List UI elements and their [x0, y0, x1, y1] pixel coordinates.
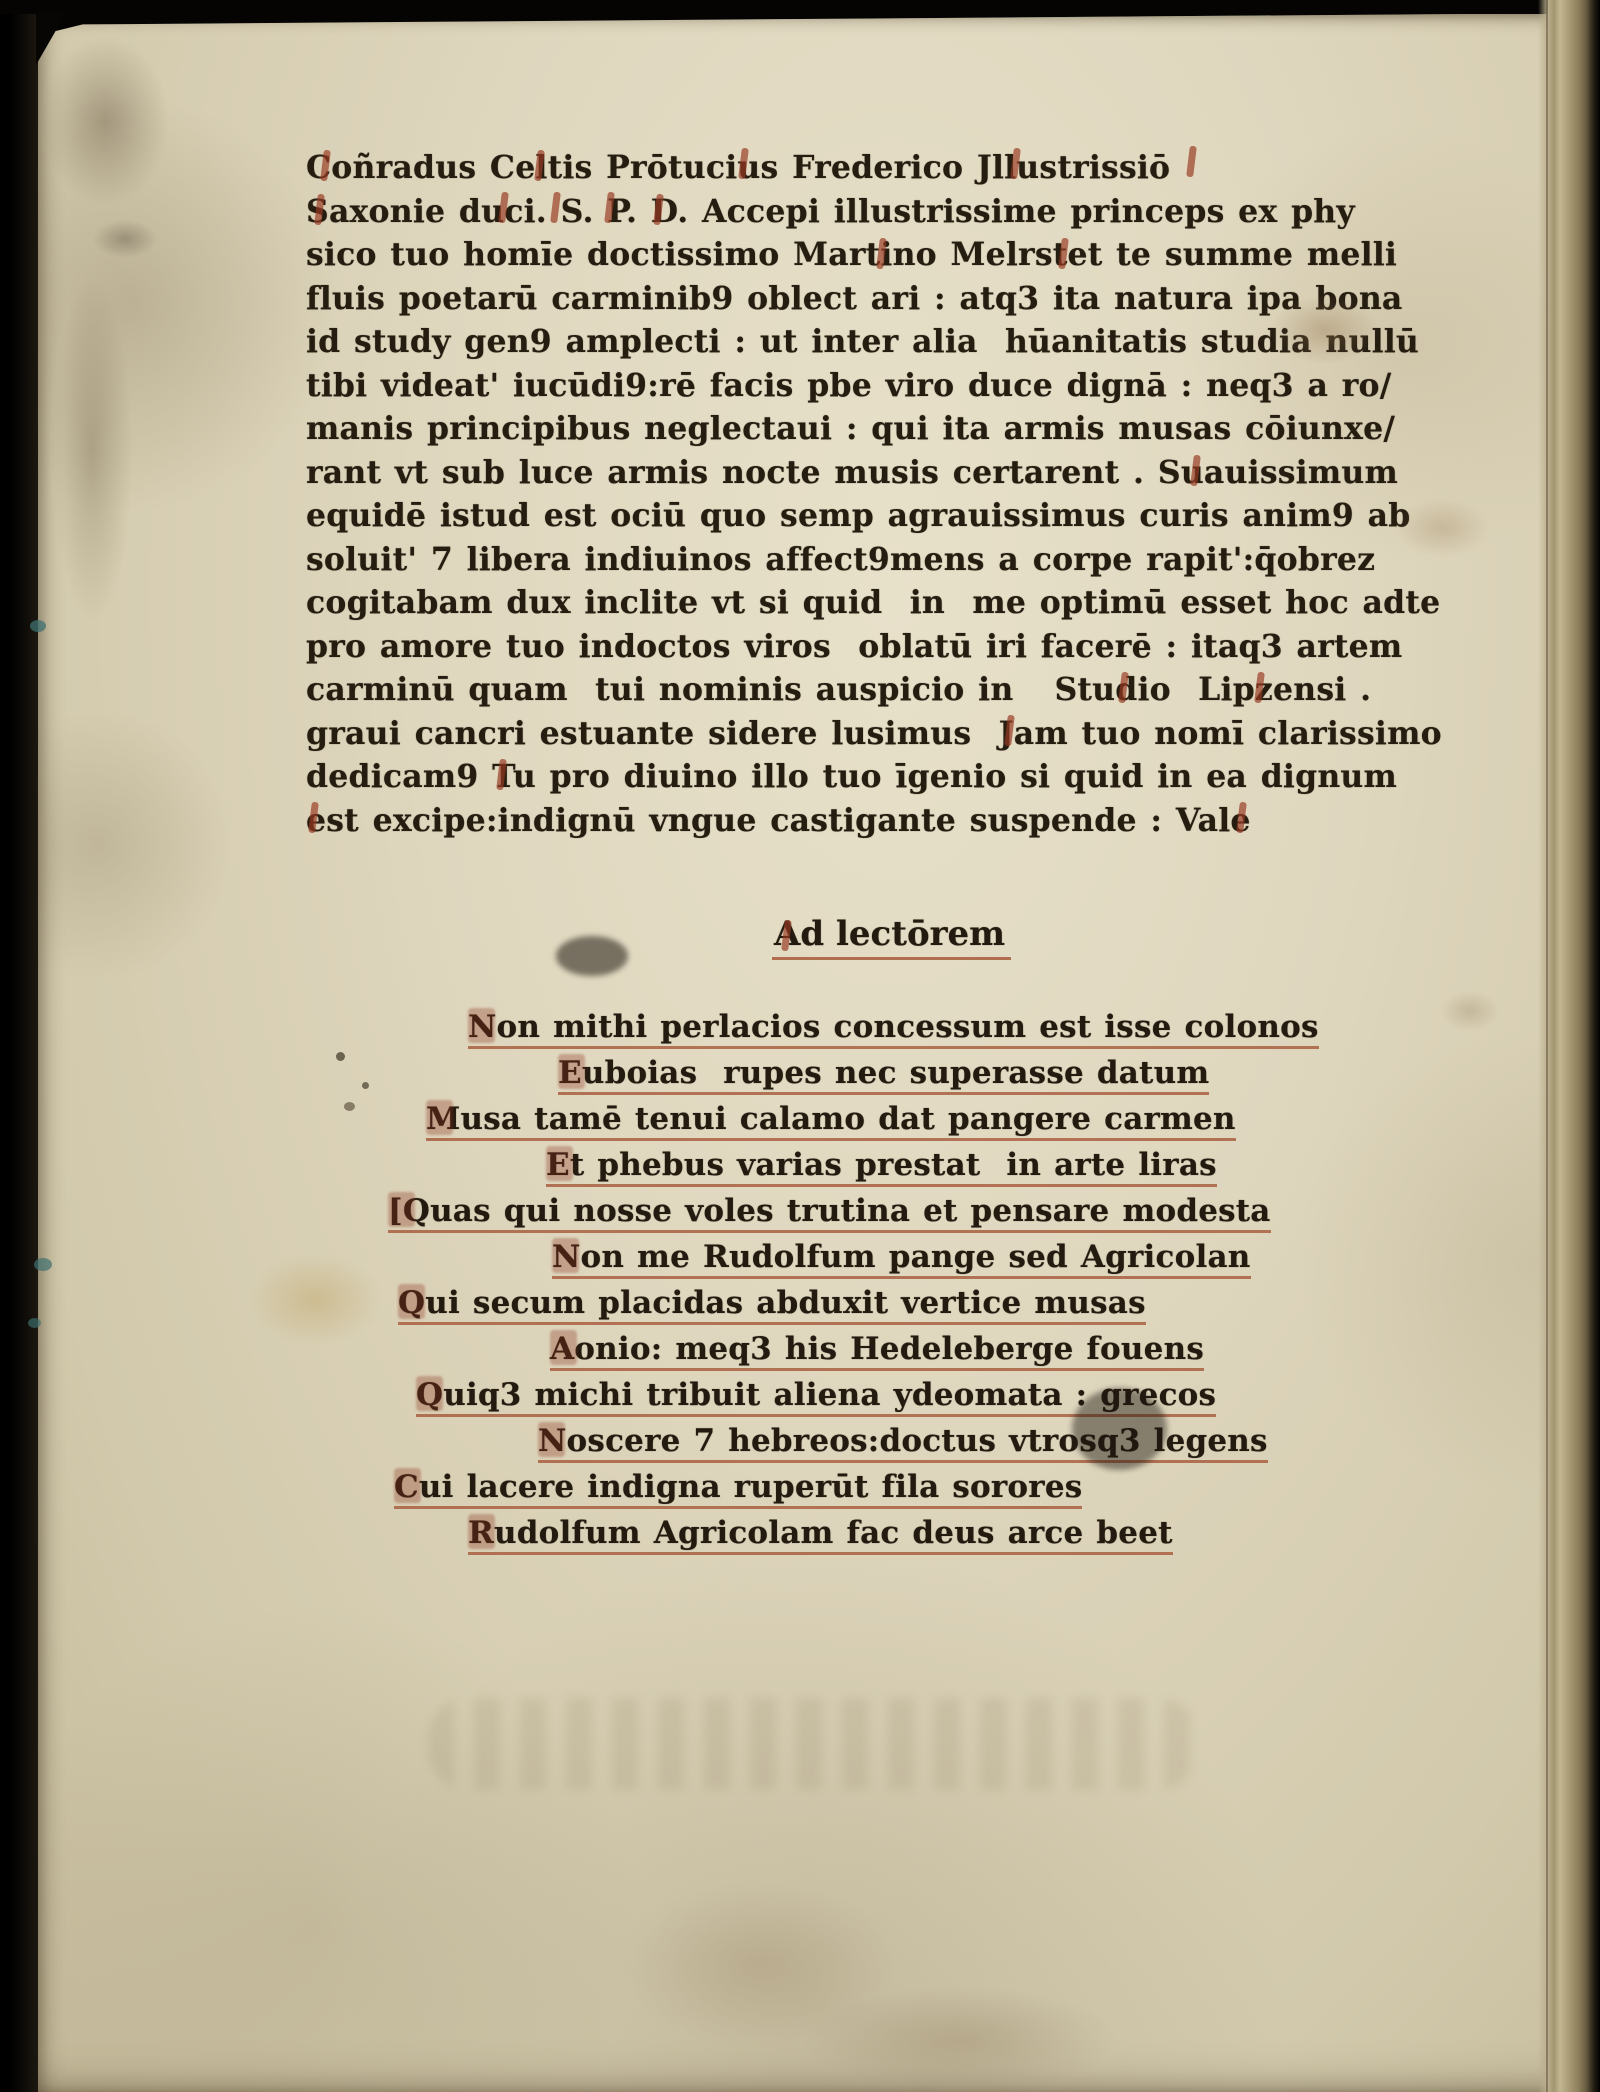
book-scan: Coñradus Celtis Prōtucius Frederico Jllu… [0, 0, 1600, 2092]
verse-line: Aonio: meq3 his Hedeleberge fouens [550, 1326, 1388, 1372]
verse-line: Non mithi perlacios concessum est isse c… [468, 1004, 1388, 1050]
verse-line: Non me Rudolfum pange sed Agricolan [552, 1234, 1388, 1280]
poem-ad-lectorem: Non mithi perlacios concessum est isse c… [388, 1004, 1388, 1556]
verse-line: Cui lacere indigna ruperūt fila sorores [394, 1464, 1388, 1510]
verse-line: Noscere 7 hebreos:doctus vtrosq3 legens [538, 1418, 1388, 1464]
letter-line: soluit' 7 libera indiuinos affect9mens a… [306, 538, 1456, 582]
verse-line: Quiq3 michi tribuit aliena ydeomata : gr… [416, 1372, 1388, 1418]
letter-line: carminū quam tui nominis auspicio in Stu… [306, 668, 1456, 712]
letter-line: fluis poetarū carminib9 oblect ari : atq… [306, 277, 1456, 321]
letter-line: Coñradus Celtis Prōtucius Frederico Jllu… [306, 146, 1456, 190]
fore-edge-line [1546, 0, 1548, 2092]
spine-shadow [0, 0, 38, 2092]
verse-line: Rudolfum Agricolam fac deus arce beet [468, 1510, 1388, 1556]
letter-line: sico tuo homīe doctissimo Martino Melrst… [306, 233, 1456, 277]
letter-line: Saxonie duci. S. P. D. Accepi illustriss… [306, 190, 1456, 234]
letter-line: tibi videat' iucūdi9:rē facis pbe viro d… [306, 364, 1456, 408]
dedication-letter: Coñradus Celtis Prōtucius Frederico Jllu… [306, 146, 1456, 842]
letter-line: cogitabam dux inclite vt si quid in me o… [306, 581, 1456, 625]
verse-line: [Quas qui nosse voles trutina et pensare… [388, 1188, 1388, 1234]
letter-line: equidē istud est ociū quo semp agrauissi… [306, 494, 1456, 538]
letter-line: dedicam9 Tu pro diuino illo tuo īgenio s… [306, 755, 1456, 799]
letter-line: est excipe:indignū vngue castigante susp… [306, 799, 1456, 843]
verse-line: Qui secum placidas abduxit vertice musas [398, 1280, 1388, 1326]
corner-damage [36, 13, 66, 65]
verse-line: Musa tamē tenui calamo dat pangere carme… [426, 1096, 1388, 1142]
verse-line: Euboias rupes nec superasse datum [558, 1050, 1388, 1096]
page-heading: Ad lectōrem [772, 914, 1011, 960]
verse-line: Et phebus varias prestat in arte liras [546, 1142, 1388, 1188]
letter-line: rant vt sub luce armis nocte musis certa… [306, 451, 1456, 495]
letter-line: id study gen9 amplecti : ut inter alia h… [306, 320, 1456, 364]
top-backdrop [0, 0, 1600, 14]
letter-line: manis principibus neglectaui : qui ita a… [306, 407, 1456, 451]
letter-line: graui cancri estuante sidere lusimus Jam… [306, 712, 1456, 756]
letter-line: pro amore tuo indoctos viros oblatū iri … [306, 625, 1456, 669]
